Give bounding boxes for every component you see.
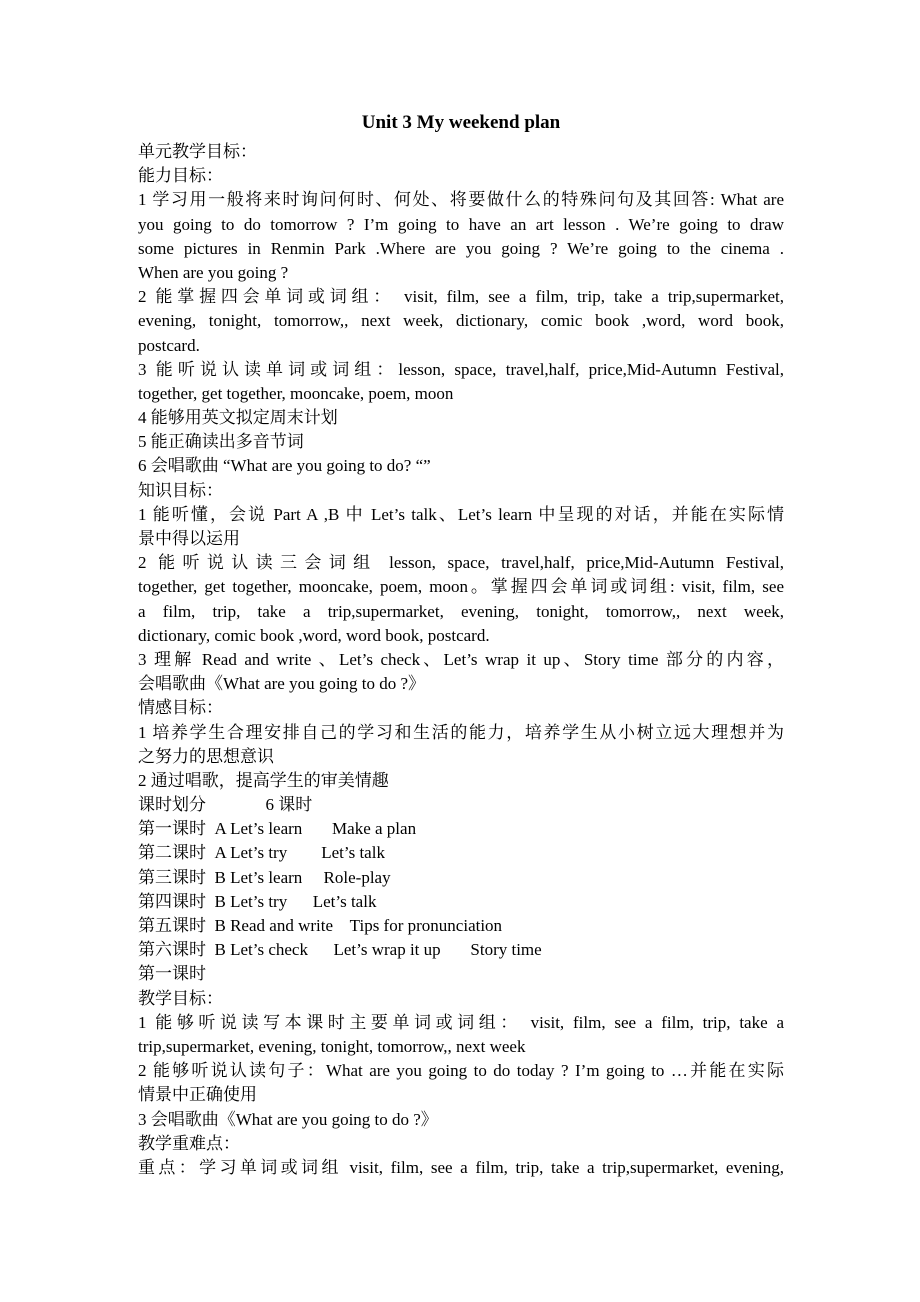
text-line: 2 通过唱歌，提高学生的审美情趣 xyxy=(138,769,784,793)
text-line: 第三课时 B Let’s learn Role-play xyxy=(138,866,784,890)
text-line: 2 能听说认读三会词组 lesson, space, travel,half, … xyxy=(138,551,784,575)
text-line: 能力目标： xyxy=(138,164,784,188)
text-line: 教学目标： xyxy=(138,987,784,1011)
text-line: 第一课时 xyxy=(138,962,784,986)
text-line: 6 会唱歌曲 “What are you going to do? “” xyxy=(138,454,784,478)
text-line: 3 理解 Read and write 、Let’s check、Let’s w… xyxy=(138,648,784,672)
text-line: 1 学习用一般将来时询问何时、何处、将要做什么的特殊问句及其回答: What a… xyxy=(138,188,784,212)
text-line: 第二课时 A Let’s try Let’s talk xyxy=(138,841,784,865)
document-body: 单元教学目标：能力目标：1 学习用一般将来时询问何时、何处、将要做什么的特殊问句… xyxy=(138,140,784,1180)
text-line: 5 能正确读出多音节词 xyxy=(138,430,784,454)
text-line: some pictures in Renmin Park .Where are … xyxy=(138,237,784,261)
text-line: 单元教学目标： xyxy=(138,140,784,164)
text-line: together, get together, mooncake, poem, … xyxy=(138,382,784,406)
text-line: 之努力的思想意识 xyxy=(138,745,784,769)
text-line: 1 能够听说读写本课时主要单词或词组： visit, film, see a f… xyxy=(138,1011,784,1035)
text-line: 情景中正确使用 xyxy=(138,1083,784,1107)
document-page: Unit 3 My weekend plan 单元教学目标：能力目标：1 学习用… xyxy=(138,110,784,1180)
document-title: Unit 3 My weekend plan xyxy=(138,110,784,136)
text-line: 3 会唱歌曲《What are you going to do ?》 xyxy=(138,1108,784,1132)
text-line: dictionary, comic book ,word, word book,… xyxy=(138,624,784,648)
text-line: 教学重难点： xyxy=(138,1132,784,1156)
text-line: 会唱歌曲《What are you going to do ?》 xyxy=(138,672,784,696)
text-line: a film, trip, take a trip,supermarket, e… xyxy=(138,600,784,624)
text-line: 景中得以运用 xyxy=(138,527,784,551)
text-line: postcard. xyxy=(138,334,784,358)
text-line: 2 能掌握四会单词或词组： visit, film, see a film, t… xyxy=(138,285,784,309)
text-line: 第六课时 B Let’s check Let’s wrap it up Stor… xyxy=(138,938,784,962)
text-line: When are you going ? xyxy=(138,261,784,285)
text-line: 知识目标： xyxy=(138,479,784,503)
text-line: 情感目标： xyxy=(138,696,784,720)
text-line: together, get together, mooncake, poem, … xyxy=(138,575,784,599)
text-line: 1 培养学生合理安排自己的学习和生活的能力，培养学生从小树立远大理想并为 xyxy=(138,721,784,745)
text-line: 4 能够用英文拟定周末计划 xyxy=(138,406,784,430)
text-line: 第五课时 B Read and write Tips for pronuncia… xyxy=(138,914,784,938)
text-line: trip,supermarket, evening, tonight, tomo… xyxy=(138,1035,784,1059)
text-line: 3 能听说认读单词或词组：lesson, space, travel,half,… xyxy=(138,358,784,382)
text-line: you going to do tomorrow ? I’m going to … xyxy=(138,213,784,237)
text-line: 2 能够听说认读句子：What are you going to do toda… xyxy=(138,1059,784,1083)
text-line: 重点：学习单词或词组 visit, film, see a film, trip… xyxy=(138,1156,784,1180)
text-line: evening, tonight, tomorrow,, next week, … xyxy=(138,309,784,333)
text-line: 课时划分 6 课时 xyxy=(138,793,784,817)
text-line: 1 能听懂，会说 Part A ,B 中 Let’s talk、Let’s le… xyxy=(138,503,784,527)
text-line: 第四课时 B Let’s try Let’s talk xyxy=(138,890,784,914)
text-line: 第一课时 A Let’s learn Make a plan xyxy=(138,817,784,841)
